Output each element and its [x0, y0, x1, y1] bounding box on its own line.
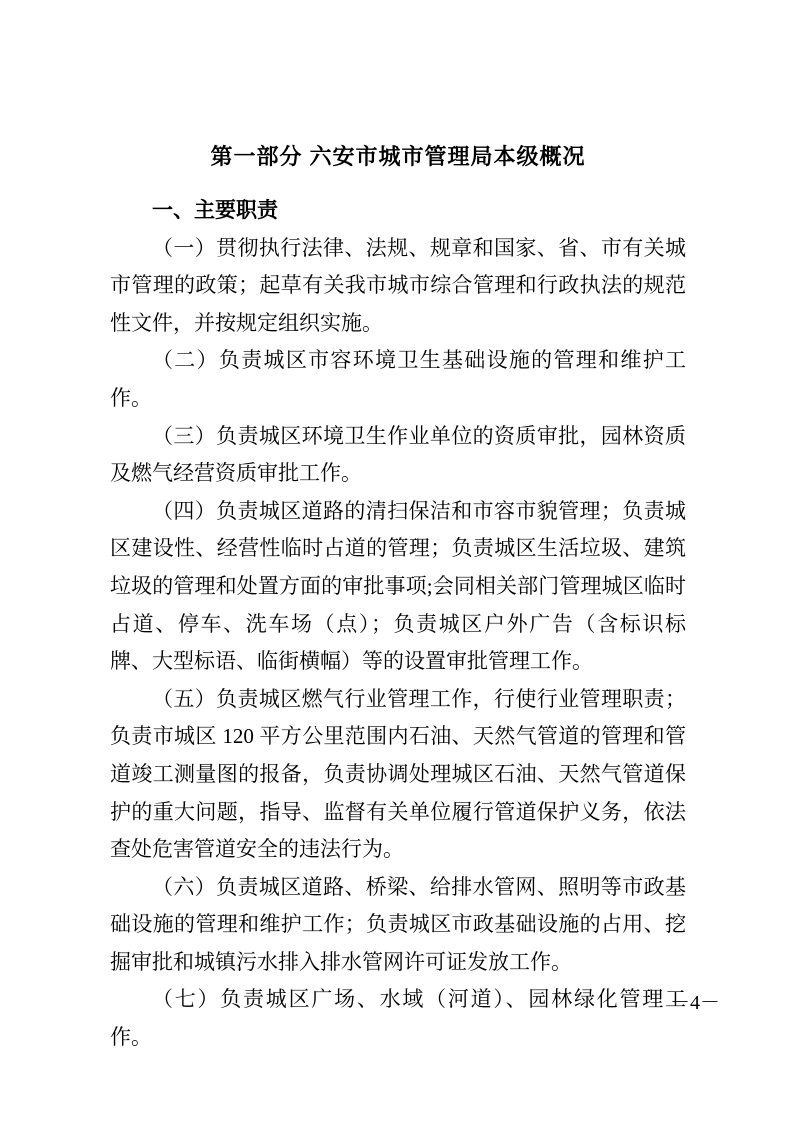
body-paragraph: （六）负责城区道路、桥梁、给排水管网、照明等市政基础设施的管理和维护工作；负责城…: [110, 869, 686, 982]
document-content: 第一部分 六安市城市管理局本级概况 一、主要职责 （一）贯彻执行法律、法规、规章…: [110, 142, 686, 1057]
body-paragraph: （四）负责城区道路的清扫保洁和市容市貌管理；负责城区建设性、经营性临时占道的管理…: [110, 493, 686, 681]
document-page: 第一部分 六安市城市管理局本级概况 一、主要职责 （一）贯彻执行法律、法规、规章…: [0, 0, 793, 1122]
body-paragraph: （二）负责城区市容环境卫生基础设施的管理和维护工作。: [110, 342, 686, 417]
body-paragraph: （三）负责城区环境卫生作业单位的资质审批，园林资质及燃气经营资质审批工作。: [110, 418, 686, 493]
document-title: 第一部分 六安市城市管理局本级概况: [110, 142, 686, 172]
section-heading: 一、主要职责: [110, 192, 686, 230]
body-paragraph: （一）贯彻执行法律、法规、规章和国家、省、市有关城市管理的政策；起草有关我市城市…: [110, 230, 686, 343]
page-number: －4－: [670, 991, 720, 1015]
body-paragraph: （七）负责城区广场、水域（河道）、园林绿化管理工作。: [110, 981, 686, 1056]
body-paragraph: （五）负责城区燃气行业管理工作，行使行业管理职责；负责市城区 120 平方公里范…: [110, 681, 686, 869]
